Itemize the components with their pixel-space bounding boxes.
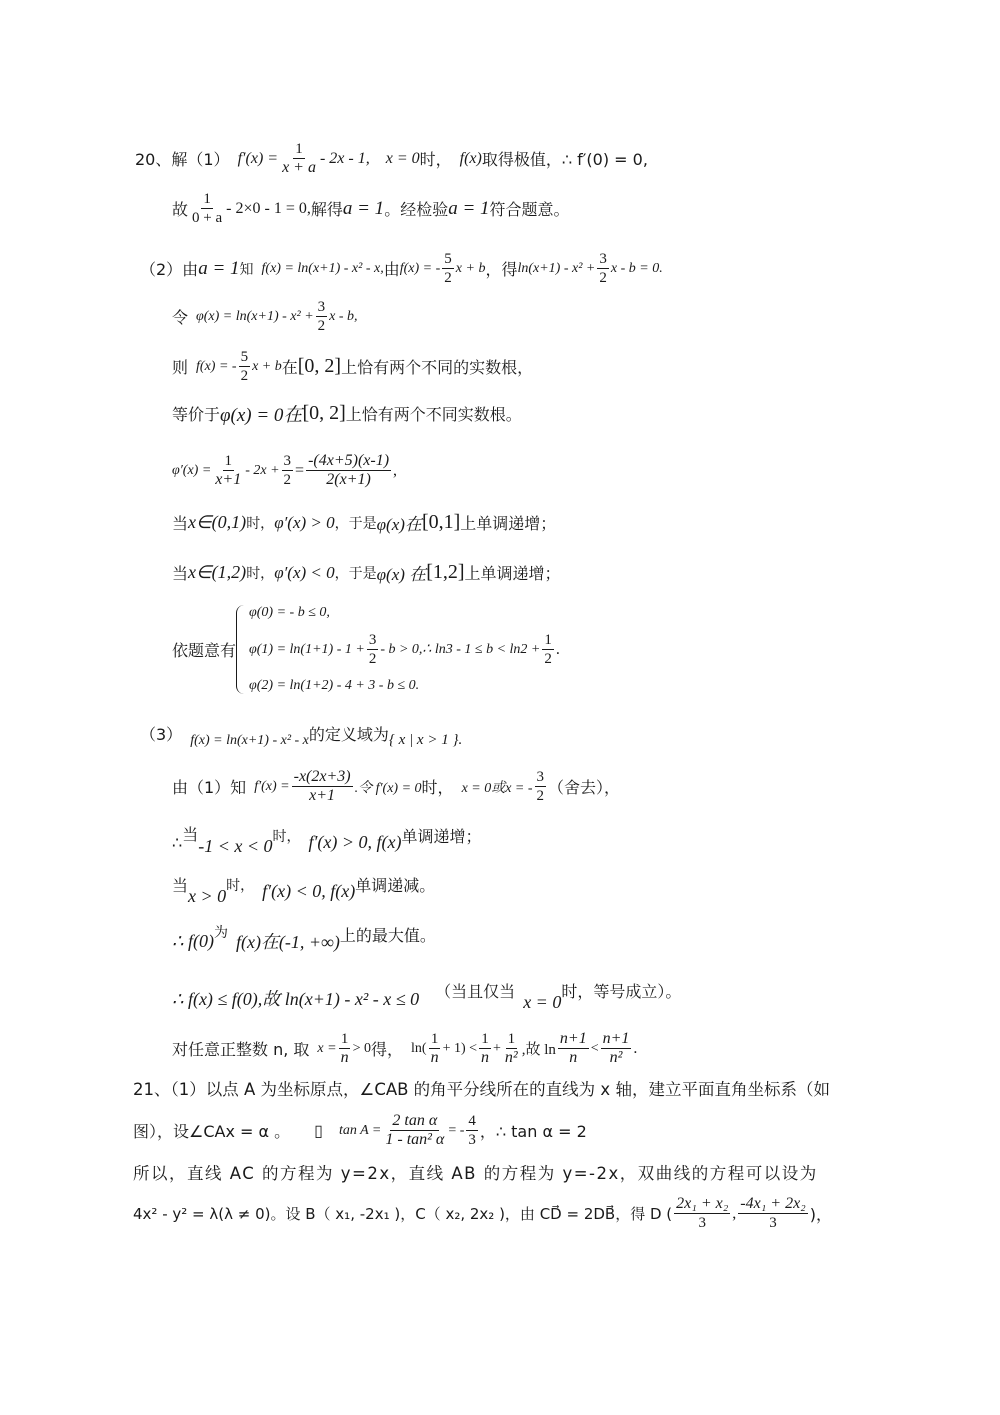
p20-part2-equiv: 等价于 φ(x) = 0在 [0, 2] 上恰有两个不同实数根。 — [172, 400, 522, 427]
math-expr: x = — [317, 1041, 336, 1057]
math-expr: a = 1 — [343, 198, 384, 220]
math-expr: [1,2] — [426, 561, 464, 584]
text: 当 — [172, 511, 188, 534]
fraction: 32 — [282, 452, 294, 489]
fraction: 1n — [429, 1030, 441, 1067]
math-expr: x = 0 — [386, 150, 420, 168]
p20-part2-case1: 当 x∈(0,1) 时， φ′(x) > 0 ，于是 φ(x)在 [0,1] 上… — [172, 510, 556, 535]
text: 上单调递增； — [460, 511, 556, 534]
part-label: （3） — [140, 722, 182, 745]
text: 时，等号成立）。 — [561, 979, 681, 1002]
p20-part2-system: 依题意有 φ(0) = - b ≤ 0, φ(1) = ln(1+1) - 1 … — [172, 605, 560, 694]
math-expr: ,故 ln — [522, 1038, 556, 1059]
math-expr: f(x) — [460, 150, 482, 168]
fraction: 1x+1 — [213, 452, 243, 489]
math-expr: tan A = — [339, 1123, 381, 1139]
math-expr: f(x)在(-1, +∞) — [236, 928, 340, 954]
p20-part3-ineq: ∴ f(x) ≤ f(0),故 ln(x+1) - x² - x ≤ 0 （当且… — [172, 982, 681, 1013]
fraction: 1x + a — [280, 140, 318, 177]
math-expr: φ(2) = ln(1+2) - 4 + 3 - b ≤ 0. — [249, 678, 419, 694]
math-expr: > 0 — [353, 1041, 371, 1057]
fraction: -(4x+5)(x-1)2(x+1) — [306, 452, 391, 489]
math-expr: -1 < x < 0 — [198, 836, 272, 857]
text: 符合题意。 — [490, 197, 570, 220]
fraction: 2x₁ + x₂3 — [674, 1195, 730, 1232]
text: 时， — [272, 826, 300, 846]
fraction: n+1n² — [601, 1030, 632, 1067]
text: 为 — [214, 922, 228, 942]
math-expr: φ(0) = - b ≤ 0, — [249, 605, 330, 621]
text: 则 — [172, 355, 188, 378]
text: 当 — [172, 873, 188, 896]
math-expr: x = 0 — [523, 992, 561, 1013]
text: 单调递增； — [402, 824, 482, 847]
text: 故 — [172, 197, 188, 220]
math-expr: .令 f′(x) = 0 — [355, 777, 422, 797]
math-expr: f(x) = ln(x+1) - x² - x — [190, 733, 309, 749]
fraction: -x(2x+3)x+1 — [292, 768, 353, 805]
fraction: 52 — [442, 250, 454, 287]
math-expr: x - b, — [329, 309, 357, 325]
text: )， — [810, 1202, 832, 1225]
math-expr: + 1) < — [443, 1041, 477, 1057]
math-expr: [0, 2] — [302, 402, 345, 425]
math-expr: < — [591, 1041, 599, 1057]
p21-line3: 所以，直线 AC 的方程为 y=2x，直线 AB 的方程为 y=-2x，双曲线的… — [133, 1160, 818, 1184]
p20-part2-case2: 当 x∈(1,2) 时， φ′(x) < 0 ，于是 φ(x) 在 [1,2] … — [172, 560, 561, 585]
math-expr: ∴ f(0) — [172, 931, 214, 952]
text: 的定义域为 — [309, 722, 389, 745]
placeholder-glyph: ▯ — [314, 1121, 323, 1141]
text: 令 — [172, 305, 188, 328]
fraction: 32 — [597, 250, 609, 287]
p20-part2-phi-prime: φ′(x) = 1x+1 - 2x + 32 = -(4x+5)(x-1)2(x… — [172, 452, 397, 489]
math-expr: { x | x > 1 }. — [389, 732, 462, 749]
math-expr: x + b — [456, 261, 486, 277]
text: 由（1）知 — [172, 775, 246, 798]
fraction: 43 — [466, 1112, 478, 1149]
math-expr: x - b = 0. — [611, 261, 663, 277]
math-expr: . — [556, 641, 560, 659]
math-expr: , — [732, 1205, 736, 1223]
text: 取得极值，∴ f′(0) = 0, — [482, 147, 648, 170]
math-expr: f′(x) = — [254, 779, 289, 795]
math-expr: f(x) = - — [400, 261, 441, 277]
math-expr: x = 0或x = - — [462, 777, 533, 797]
math-expr: φ′(x) > 0 — [274, 513, 334, 533]
math-expr: , — [393, 462, 397, 480]
math-expr: [0, 2] — [298, 355, 341, 378]
fraction: 1n — [339, 1030, 351, 1067]
text: 时， — [226, 875, 254, 895]
text: 上恰有两个不同实数根。 — [346, 402, 522, 425]
math-expr: ∴ — [172, 833, 182, 853]
math-expr: φ(x)在 — [377, 510, 422, 535]
math-expr: a = 1 — [448, 198, 489, 220]
fraction: 32 — [535, 768, 547, 805]
text: 单调递减。 — [355, 873, 435, 896]
p20-part2-phi-def: 令 φ(x) = ln(x+1) - x² + 32 x - b, — [172, 298, 358, 335]
math-expr: - 2x + — [245, 463, 279, 479]
math-expr: - 2x - 1, — [320, 150, 370, 168]
text: ，∴ tan α = 2 — [480, 1119, 587, 1142]
math-expr: ln(x+1) - x² + — [517, 261, 595, 277]
math-expr: φ(x) 在 — [377, 560, 427, 585]
math-expr: φ(x) = ln(x+1) - x² + — [196, 309, 314, 325]
math-expr: ln( — [411, 1041, 427, 1057]
p20-part3-line2: 由（1）知 f′(x) = -x(2x+3)x+1 .令 f′(x) = 0 时… — [172, 768, 620, 805]
math-expr: φ(1) = ln(1+1) - 1 + — [249, 642, 365, 658]
text: 等价于 — [172, 402, 220, 425]
text: 当 — [182, 822, 198, 845]
text: 解得 — [311, 197, 343, 220]
text: 上恰有两个不同的实数根， — [341, 355, 533, 378]
math-expr: x > 0 — [188, 886, 226, 907]
fraction: 1n — [479, 1030, 491, 1067]
math-expr: φ′(x) < 0 — [274, 563, 334, 583]
math-expr: + — [493, 1041, 501, 1057]
text: （舍去）， — [548, 775, 620, 798]
math-expr: x∈(0,1) — [188, 512, 246, 533]
math-expr: f(x) = - — [196, 359, 237, 375]
text: 。经检验 — [384, 197, 448, 220]
text: 时， — [422, 775, 454, 798]
fraction: n+1n — [558, 1030, 589, 1067]
text: 由 — [384, 257, 400, 280]
p20-part3-inc: ∴ 当 -1 < x < 0 时， f′(x) > 0, f(x) 单调递增； — [172, 828, 482, 857]
math-expr: = — [295, 462, 304, 480]
math-expr: f′(x) = — [238, 150, 279, 168]
text: 知 — [240, 259, 254, 279]
p20-part2-line1: （2）由 a = 1 知 f(x) = ln(x+1) - x² - x, 由 … — [140, 250, 663, 287]
math-expr: f(x) = ln(x+1) - x² - x, — [262, 261, 384, 277]
fraction: 52 — [239, 348, 251, 385]
fraction: 1n² — [503, 1030, 520, 1067]
text: 上的最大值。 — [340, 923, 436, 946]
text: ，得 — [485, 257, 517, 280]
math-expr: φ′(x) = — [172, 463, 211, 479]
p20-part3-dec: 当 x > 0 时， f′(x) < 0, f(x) 单调递减。 — [172, 876, 435, 907]
text: 4x² - y² = λ(λ ≠ 0)。设 B（ x₁, -2x₁ )，C（ x… — [133, 1203, 672, 1224]
text: 得， — [371, 1037, 403, 1060]
text: 当 — [172, 561, 188, 584]
text: 21、（1）以点 A 为坐标原点，∠CAB 的角平分线所在的直线为 x 轴，建立… — [133, 1076, 830, 1100]
math-expr: - b > 0,∴ ln3 - 1 ≤ b < ln2 + — [380, 641, 540, 658]
math-expr: [0,1] — [422, 511, 460, 534]
text: 图），设∠CAx = α 。 — [133, 1119, 290, 1142]
text: 时， — [246, 563, 274, 583]
math-expr: - 2×0 - 1 = 0, — [226, 200, 311, 218]
text: 时， — [246, 513, 274, 533]
fraction: 10 + a — [190, 190, 224, 227]
part-label: （2）由 — [140, 257, 198, 280]
math-expr: a = 1 — [198, 258, 239, 280]
math-expr: φ(x) = 0在 — [220, 400, 302, 427]
text: （当且仅当 — [435, 979, 515, 1002]
math-expr: f′(x) > 0, f(x) — [308, 832, 401, 853]
fraction: 2 tan α1 - tan² α — [383, 1112, 446, 1149]
brace-system: φ(0) = - b ≤ 0, φ(1) = ln(1+1) - 1 + 32 … — [236, 605, 560, 694]
p20-part3-line1: （3） f(x) = ln(x+1) - x² - x 的定义域为 { x | … — [140, 718, 462, 749]
text: 所以，直线 AC 的方程为 y=2x，直线 AB 的方程为 y=-2x，双曲线的… — [133, 1160, 818, 1184]
p20-part1-line2: 故 10 + a - 2×0 - 1 = 0, 解得 a = 1 。经检验 a … — [172, 190, 570, 227]
math-expr: f′(x) < 0, f(x) — [262, 881, 355, 902]
p20-part3-final: 对任意正整数 n, 取 x = 1n > 0 得， ln( 1n + 1) < … — [172, 1030, 637, 1067]
fraction: 32 — [316, 298, 328, 335]
text: ，于是 — [335, 563, 377, 583]
fraction: 12 — [542, 631, 554, 668]
math-expr: ∴ f(x) ≤ f(0),故 ln(x+1) - x² - x ≤ 0 — [172, 985, 419, 1011]
math-expr: . — [633, 1040, 637, 1058]
text: ，于是 — [335, 513, 377, 533]
part-label: 解（1） — [171, 147, 229, 170]
math-expr: = - — [448, 1123, 464, 1139]
text: 上单调递增； — [465, 561, 561, 584]
problem-number: 20、 — [135, 147, 171, 170]
p21-line2: 图），设∠CAx = α 。 ▯ tan A = 2 tan α1 - tan²… — [133, 1112, 587, 1149]
text: 时， — [420, 147, 452, 170]
fraction: 32 — [367, 631, 379, 668]
p20-part3-max: ∴ f(0) 为 f(x)在(-1, +∞) 上的最大值。 — [172, 928, 436, 954]
text: 对任意正整数 n, 取 — [172, 1037, 309, 1060]
text: 依题意有 — [172, 638, 236, 661]
p21-line4: 4x² - y² = λ(λ ≠ 0)。设 B（ x₁, -2x₁ )，C（ x… — [133, 1195, 832, 1232]
fraction: -4x₁ + 2x₂3 — [738, 1195, 807, 1232]
p20-part2-f-line: 则 f(x) = - 52 x + b 在 [0, 2] 上恰有两个不同的实数根… — [172, 348, 533, 385]
text: 在 — [282, 355, 298, 378]
p20-part1-line1: 20、 解（1） f′(x) = 1x + a - 2x - 1, x = 0 … — [135, 140, 648, 177]
p21-line1: 21、（1）以点 A 为坐标原点，∠CAB 的角平分线所在的直线为 x 轴，建立… — [133, 1076, 830, 1100]
math-expr: x∈(1,2) — [188, 562, 246, 583]
math-expr: x + b — [252, 359, 282, 375]
